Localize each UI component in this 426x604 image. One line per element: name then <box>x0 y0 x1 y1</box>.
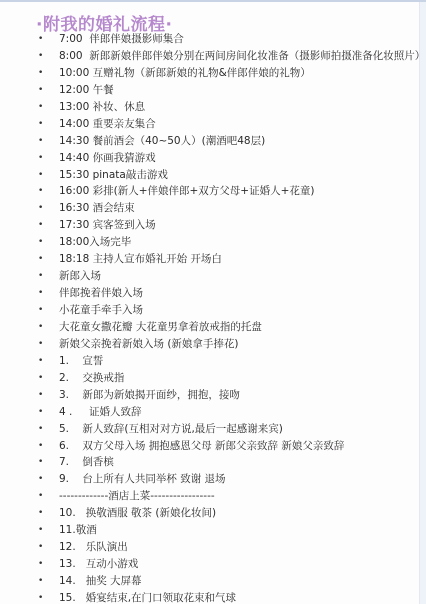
bullet-icon: • <box>38 590 43 604</box>
list-item-text: 7. 倒香槟 <box>59 454 114 471</box>
bullet-icon: • <box>38 133 43 150</box>
list-item-text: 3. 新郎为新娘揭开面纱，拥抱，接吻 <box>59 387 240 404</box>
bullet-icon: • <box>38 200 43 217</box>
bullet-icon: • <box>38 556 43 573</box>
bullet-icon: • <box>38 387 43 404</box>
list-item-text: 15. 婚宴结束,在门口领取花束和气球 <box>59 590 236 604</box>
list-item: •15. 婚宴结束,在门口领取花束和气球 <box>0 590 420 604</box>
bullet-icon: • <box>38 116 43 133</box>
list-item-text: 17:30 宾客签到入场 <box>59 217 156 234</box>
list-item: •16:00 彩排(新人+伴娘伴郎+双方父母+证婚人+花童) <box>0 183 420 200</box>
list-item: •新娘父亲挽着新娘入场 (新娘拿手捧花) <box>0 336 420 353</box>
list-item-text: 13. 互动小游戏 <box>59 556 138 573</box>
list-item-text: 12:00 午餐 <box>59 82 114 99</box>
list-item: •4 . 证婚人致辞 <box>0 404 420 421</box>
list-item: •5. 新人致辞(互相对对方说,最后一起感谢来宾) <box>0 421 420 438</box>
list-item: •18:18 主持人宣布婚礼开始 开场白 <box>0 251 420 268</box>
list-item: •14:30 餐前酒会（40~50人）(潮酒吧48层) <box>0 133 420 150</box>
bullet-icon: • <box>38 438 43 455</box>
list-item: •1. 宣誓 <box>0 353 420 370</box>
bullet-icon: • <box>38 234 43 251</box>
list-item-text: 10:00 互赠礼物（新郎新娘的礼物&伴郎伴娘的礼物） <box>59 65 311 82</box>
bullet-icon: • <box>38 99 43 116</box>
list-item: •8:00 新郎新娘伴郎伴娘分别在两间房间化妆准备（摄影师拍摄准备化妆照片） <box>0 48 420 65</box>
list-item-text: 6. 双方父母入场 拥抱感恩父母 新郎父亲致辞 新娘父亲致辞 <box>59 438 344 455</box>
list-item-text: 18:18 主持人宣布婚礼开始 开场白 <box>59 251 222 268</box>
list-item: •14. 抽奖 大屏幕 <box>0 573 420 590</box>
list-item: •7:00 伴郎伴娘摄影师集合 <box>0 31 420 48</box>
page-edge <box>419 2 426 604</box>
list-item-text: 新娘父亲挽着新娘入场 (新娘拿手捧花) <box>59 336 239 353</box>
list-item: •18:00入场完毕 <box>0 234 420 251</box>
list-item: •16:30 酒会结束 <box>0 200 420 217</box>
bullet-icon: • <box>38 217 43 234</box>
list-item: •大花童女撒花瓣 大花童男拿着放戒指的托盘 <box>0 319 420 336</box>
bullet-icon: • <box>38 454 43 471</box>
bullet-icon: • <box>38 268 43 285</box>
list-item-text: 14:00 重要亲友集合 <box>59 116 156 133</box>
list-item: •伴郎挽着伴娘入场 <box>0 285 420 302</box>
bullet-icon: • <box>38 65 43 82</box>
bullet-icon: • <box>38 251 43 268</box>
list-item-text: 8:00 新郎新娘伴郎伴娘分别在两间房间化妆准备（摄影师拍摄准备化妆照片） <box>59 48 425 65</box>
wedding-schedule-list: •7:00 伴郎伴娘摄影师集合•8:00 新郎新娘伴郎伴娘分别在两间房间化妆准备… <box>0 31 420 604</box>
list-item-text: 伴郎挽着伴娘入场 <box>59 285 143 302</box>
list-item: •新郎入场 <box>0 268 420 285</box>
list-item: •3. 新郎为新娘揭开面纱，拥抱，接吻 <box>0 387 420 404</box>
bullet-icon: • <box>38 471 43 488</box>
list-item-text: 4 . 证婚人致辞 <box>59 404 142 421</box>
list-item-text: 1. 宣誓 <box>59 353 103 370</box>
bullet-icon: • <box>38 336 43 353</box>
list-item: •13:00 补妆、休息 <box>0 99 420 116</box>
list-item-text: 12. 乐队演出 <box>59 539 128 556</box>
bullet-icon: • <box>38 370 43 387</box>
list-item-text: 18:00入场完毕 <box>59 234 131 251</box>
list-item-text: -------------酒店上菜----------------- <box>59 488 215 505</box>
list-item-text: 16:00 彩排(新人+伴娘伴郎+双方父母+证婚人+花童) <box>59 183 314 200</box>
bullet-icon: • <box>38 302 43 319</box>
bullet-icon: • <box>38 488 43 505</box>
list-item: •14:00 重要亲友集合 <box>0 116 420 133</box>
bullet-icon: • <box>38 319 43 336</box>
list-item-text: 14. 抽奖 大屏幕 <box>59 573 142 590</box>
list-item-text: 大花童女撒花瓣 大花童男拿着放戒指的托盘 <box>59 319 262 336</box>
bullet-icon: • <box>38 150 43 167</box>
list-item-text: 10. 换敬酒服 敬茶 (新娘化妆间) <box>59 505 216 522</box>
list-item-text: 小花童手牵手入场 <box>59 302 143 319</box>
list-item: •2. 交换戒指 <box>0 370 420 387</box>
bullet-icon: • <box>38 353 43 370</box>
list-item: •7. 倒香槟 <box>0 454 420 471</box>
list-item: •10:00 互赠礼物（新郎新娘的礼物&伴郎伴娘的礼物） <box>0 65 420 82</box>
bullet-icon: • <box>38 505 43 522</box>
bullet-icon: • <box>38 522 43 539</box>
bullet-icon: • <box>38 82 43 99</box>
list-item-text: 14:30 餐前酒会（40~50人）(潮酒吧48层) <box>59 133 265 150</box>
list-item: •小花童手牵手入场 <box>0 302 420 319</box>
list-item: •17:30 宾客签到入场 <box>0 217 420 234</box>
list-item: •-------------酒店上菜----------------- <box>0 488 420 505</box>
list-item-text: 9. 台上所有人共同举杯 致谢 退场 <box>59 471 226 488</box>
list-item-text: 2. 交换戒指 <box>59 370 124 387</box>
list-item: •10. 换敬酒服 敬茶 (新娘化妆间) <box>0 505 420 522</box>
list-item-text: 7:00 伴郎伴娘摄影师集合 <box>59 31 184 48</box>
list-item: •12:00 午餐 <box>0 82 420 99</box>
bullet-icon: • <box>38 573 43 590</box>
bullet-icon: • <box>38 31 43 48</box>
bullet-icon: • <box>38 285 43 302</box>
list-item: •14:40 你画我猜游戏 <box>0 150 420 167</box>
bullet-icon: • <box>38 48 43 65</box>
document-page: ·附我的婚礼流程· •7:00 伴郎伴娘摄影师集合•8:00 新郎新娘伴郎伴娘分… <box>0 0 426 604</box>
bullet-icon: • <box>38 539 43 556</box>
list-item: •15:30 pinata敲击游戏 <box>0 167 420 184</box>
bullet-icon: • <box>38 404 43 421</box>
bullet-icon: • <box>38 183 43 200</box>
list-item-text: 5. 新人致辞(互相对对方说,最后一起感谢来宾) <box>59 421 283 438</box>
bullet-icon: • <box>38 167 43 184</box>
list-item-text: 新郎入场 <box>59 268 101 285</box>
list-item-text: 13:00 补妆、休息 <box>59 99 145 116</box>
list-item-text: 11.敬酒 <box>59 522 97 539</box>
list-item: •9. 台上所有人共同举杯 致谢 退场 <box>0 471 420 488</box>
list-item-text: 16:30 酒会结束 <box>59 200 135 217</box>
list-item: •11.敬酒 <box>0 522 420 539</box>
list-item: •12. 乐队演出 <box>0 539 420 556</box>
bullet-icon: • <box>38 421 43 438</box>
list-item-text: 15:30 pinata敲击游戏 <box>59 167 168 184</box>
list-item: •13. 互动小游戏 <box>0 556 420 573</box>
list-item-text: 14:40 你画我猜游戏 <box>59 150 156 167</box>
list-item: •6. 双方父母入场 拥抱感恩父母 新郎父亲致辞 新娘父亲致辞 <box>0 438 420 455</box>
